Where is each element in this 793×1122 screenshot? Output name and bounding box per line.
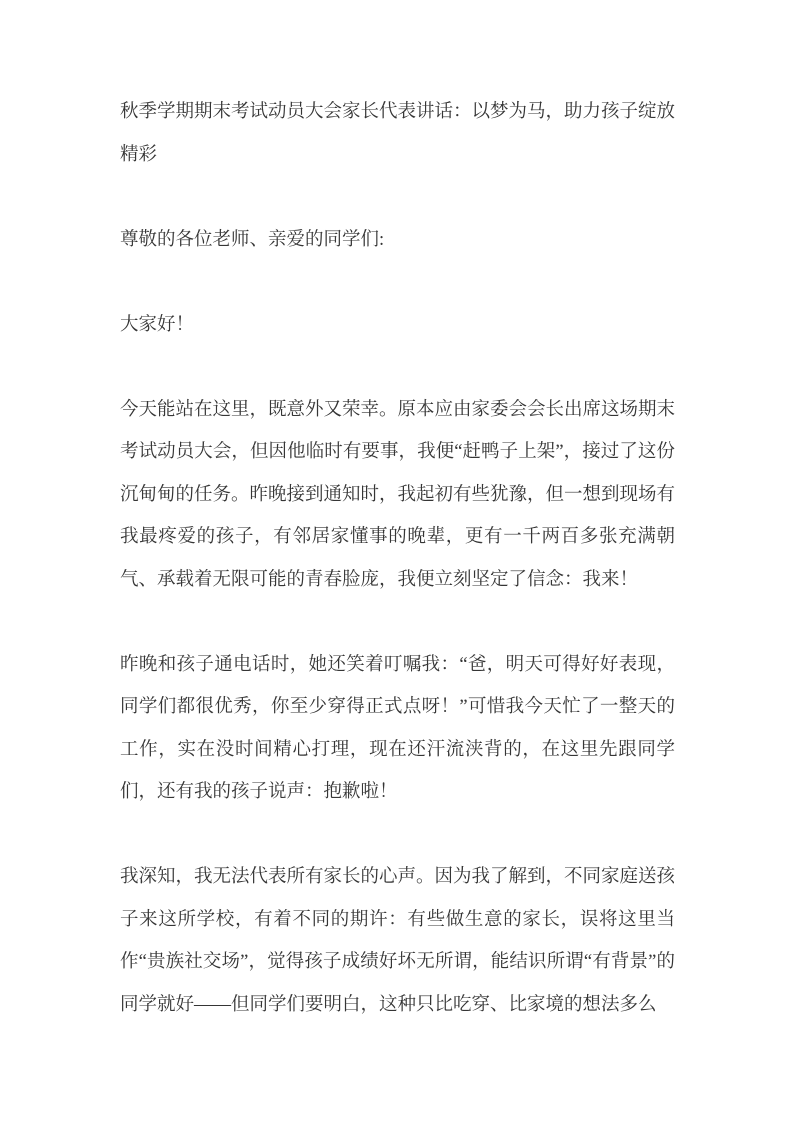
document-page: 秋季学期期末考试动员大会家长代表讲话：以梦为马，助力孩子绽放精彩 尊敬的各位老师… [0, 0, 793, 1122]
document-title: 秋季学期期末考试动员大会家长代表讲话：以梦为马，助力孩子绽放精彩 [120, 91, 675, 176]
salutation-paragraph: 尊敬的各位老师、亲爱的同学们: [120, 219, 675, 262]
body-paragraph: 昨晚和孩子通电话时，她还笑着叮嘱我：“爸，明天可得好好表现，同学们都很优秀，你至… [120, 644, 675, 814]
body-paragraph: 今天能站在这里，既意外又荣幸。原本应由家委会会长出席这场期末考试动员大会，但因他… [120, 389, 675, 602]
body-paragraph: 我深知，我无法代表所有家长的心声。因为我了解到，不同家庭送孩子来这所学校，有着不… [120, 856, 675, 1026]
greeting-paragraph: 大家好！ [120, 304, 675, 347]
